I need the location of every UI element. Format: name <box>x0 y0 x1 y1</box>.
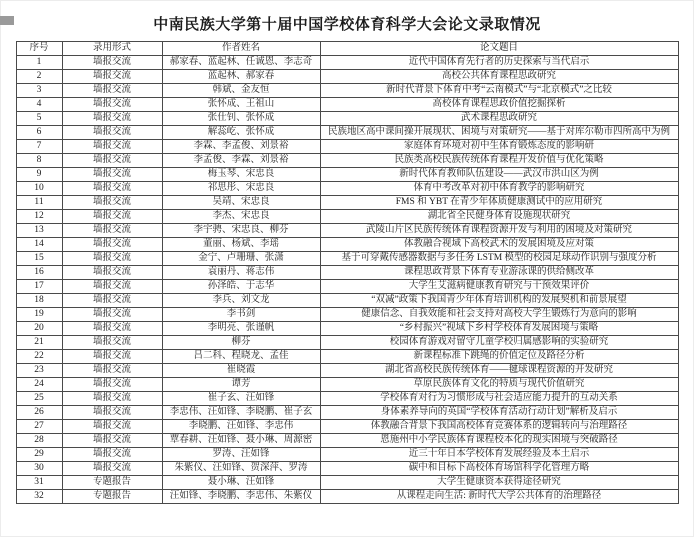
cell-authors: 柳芬 <box>162 336 320 350</box>
cell-title: 武陵山片区民族传统体育课程资源开发与利用的困境及对策研究 <box>320 224 678 238</box>
cell-authors: 袁丽丹、蒋志伟 <box>162 266 320 280</box>
cell-form: 墙报交流 <box>62 196 162 210</box>
cell-form: 专题报告 <box>62 490 162 504</box>
cell-authors: 覃春耕、汪如锋、聂小琳、周源密 <box>162 434 320 448</box>
cell-form: 墙报交流 <box>62 140 162 154</box>
corner-artifact <box>0 16 14 25</box>
cell-title: 新课程标准下跳绳的价值定位及路径分析 <box>320 350 678 364</box>
cell-authors: 金宁、卢珊珊、张潇 <box>162 252 320 266</box>
cell-authors: 梅玉琴、宋忠良 <box>162 168 320 182</box>
cell-form: 墙报交流 <box>62 84 162 98</box>
table-row: 26墙报交流李忠伟、汪如锋、李晓鹏、崔子玄身体素养导向的英国“学校体育活动行动计… <box>16 406 678 420</box>
cell-no: 11 <box>16 196 62 210</box>
cell-form: 墙报交流 <box>62 210 162 224</box>
cell-authors: 聂小琳、汪如锋 <box>162 476 320 490</box>
cell-form: 墙报交流 <box>62 322 162 336</box>
table-header: 序号 录用形式 作者姓名 论文题目 <box>16 42 678 56</box>
cell-no: 3 <box>16 84 62 98</box>
cell-form: 墙报交流 <box>62 420 162 434</box>
cell-authors: 汪如锋、李晓鹏、李忠伟、朱紫仪 <box>162 490 320 504</box>
cell-no: 18 <box>16 294 62 308</box>
cell-title: 高校体育课程思政价值挖掘探析 <box>320 98 678 112</box>
table-row: 25墙报交流崔子玄、汪如锋学校体育对行为习惯形成与社会适应能力提升的互动关系 <box>16 392 678 406</box>
table-row: 15墙报交流金宁、卢珊珊、张潇基于可穿戴传感器数据与多任务 LSTM 模型的校园… <box>16 252 678 266</box>
cell-no: 17 <box>16 280 62 294</box>
cell-no: 15 <box>16 252 62 266</box>
cell-no: 5 <box>16 112 62 126</box>
table-row: 4墙报交流张怀成、王祖山高校体育课程思政价值挖掘探析 <box>16 98 678 112</box>
cell-no: 22 <box>16 350 62 364</box>
cell-form: 墙报交流 <box>62 280 162 294</box>
table-row: 1墙报交流郝家春、蓝起林、任诚恩、李志奇近代中国体育先行者的历史探索与当代启示 <box>16 56 678 70</box>
cell-form: 墙报交流 <box>62 266 162 280</box>
cell-authors: 董丽、杨斌、李瑶 <box>162 238 320 252</box>
table-row: 8墙报交流李孟俊、李霖、刘景裕民族类高校民族传统体育课程开发价值与优化策略 <box>16 154 678 168</box>
cell-title: 民族类高校民族传统体育课程开发价值与优化策略 <box>320 154 678 168</box>
cell-no: 28 <box>16 434 62 448</box>
header-no: 序号 <box>16 42 62 56</box>
cell-form: 墙报交流 <box>62 406 162 420</box>
cell-title: “乡村振兴”视域下乡村学校体育发展困境与策略 <box>320 322 678 336</box>
cell-no: 1 <box>16 56 62 70</box>
cell-title: 家庭体育环境对初中生体育锻炼态度的影响研 <box>320 140 678 154</box>
table-row: 31专题报告聂小琳、汪如锋大学生健康资本获得途径研究 <box>16 476 678 490</box>
table-row: 24墙报交流谭芳草原民族体育文化的特质与现代价值研究 <box>16 378 678 392</box>
header-title: 论文题目 <box>320 42 678 56</box>
cell-no: 12 <box>16 210 62 224</box>
table-row: 18墙报交流李兵、刘文龙“双减”政策下我国青少年体育培训机构的发展契机和前景展望 <box>16 294 678 308</box>
table-row: 13墙报交流李宇骋、宋忠良、柳芬武陵山片区民族传统体育课程资源开发与利用的困境及… <box>16 224 678 238</box>
table-row: 30墙报交流朱紫仪、汪如锋、贺深萍、罗涛碳中和目标下高校体育场馆科学化管理方略 <box>16 462 678 476</box>
cell-form: 墙报交流 <box>62 294 162 308</box>
table-row: 2墙报交流蓝起林、郝家春高校公共体育课程思政研究 <box>16 70 678 84</box>
cell-authors: 吴靖、宋忠良 <box>162 196 320 210</box>
cell-no: 6 <box>16 126 62 140</box>
table-body: 1墙报交流郝家春、蓝起林、任诚恩、李志奇近代中国体育先行者的历史探索与当代启示2… <box>16 56 678 504</box>
cell-no: 9 <box>16 168 62 182</box>
cell-authors: 张仕钊、张怀成 <box>162 112 320 126</box>
table-row: 20墙报交流李明亮、张谨帆“乡村振兴”视域下乡村学校体育发展困境与策略 <box>16 322 678 336</box>
cell-authors: 罗涛、汪如锋 <box>162 448 320 462</box>
cell-form: 墙报交流 <box>62 350 162 364</box>
cell-authors: 祁思彤、宋忠良 <box>162 182 320 196</box>
cell-authors: 李书剑 <box>162 308 320 322</box>
table-row: 23墙报交流崔晓霞湖北省高校民族传统体育——毽球课程资源的开发研究 <box>16 364 678 378</box>
cell-title: 基于可穿戴传感器数据与多任务 LSTM 模型的校园足球动作识别与强度分析 <box>320 252 678 266</box>
cell-no: 14 <box>16 238 62 252</box>
cell-form: 墙报交流 <box>62 448 162 462</box>
cell-title: 从课程走向生活: 新时代大学公共体育的治理路径 <box>320 490 678 504</box>
cell-no: 7 <box>16 140 62 154</box>
header-authors: 作者姓名 <box>162 42 320 56</box>
cell-no: 16 <box>16 266 62 280</box>
cell-authors: 解蕊屹、张怀成 <box>162 126 320 140</box>
cell-authors: 李明亮、张谨帆 <box>162 322 320 336</box>
cell-authors: 蓝起林、郝家春 <box>162 70 320 84</box>
cell-title: 湖北省全民健身体育设施现状研究 <box>320 210 678 224</box>
cell-form: 墙报交流 <box>62 308 162 322</box>
cell-form: 墙报交流 <box>62 168 162 182</box>
cell-authors: 李霖、李孟俊、刘景裕 <box>162 140 320 154</box>
cell-title: 大学生艾滋病健康教育研究与干预效果评价 <box>320 280 678 294</box>
cell-authors: 朱紫仪、汪如锋、贺深萍、罗涛 <box>162 462 320 476</box>
cell-authors: 李晓鹏、汪如锋、李忠伟 <box>162 420 320 434</box>
cell-no: 13 <box>16 224 62 238</box>
cell-authors: 崔子玄、汪如锋 <box>162 392 320 406</box>
cell-no: 26 <box>16 406 62 420</box>
cell-title: 大学生健康资本获得途径研究 <box>320 476 678 490</box>
cell-form: 墙报交流 <box>62 56 162 70</box>
cell-no: 2 <box>16 70 62 84</box>
table-row: 27墙报交流李晓鹏、汪如锋、李忠伟体教融合背景下我国高校体育竞赛体系的逻辑转向与… <box>16 420 678 434</box>
table-row: 7墙报交流李霖、李孟俊、刘景裕家庭体育环境对初中生体育锻炼态度的影响研 <box>16 140 678 154</box>
cell-title: 武术课程思政研究 <box>320 112 678 126</box>
cell-title: 近代中国体育先行者的历史探索与当代启示 <box>320 56 678 70</box>
page: { "page": { "title": "中南民族大学第十届中国学校体育科学大… <box>0 0 694 537</box>
cell-no: 4 <box>16 98 62 112</box>
cell-form: 墙报交流 <box>62 98 162 112</box>
cell-no: 31 <box>16 476 62 490</box>
cell-authors: 吕二科、程晓龙、孟佳 <box>162 350 320 364</box>
table-row: 29墙报交流罗涛、汪如锋近三十年日本学校体育发展经验及本土启示 <box>16 448 678 462</box>
cell-authors: 韩斌、金友恒 <box>162 84 320 98</box>
cell-form: 墙报交流 <box>62 364 162 378</box>
cell-no: 21 <box>16 336 62 350</box>
cell-title: 体育中考改革对初中体育教学的影响研究 <box>320 182 678 196</box>
cell-form: 墙报交流 <box>62 224 162 238</box>
cell-no: 30 <box>16 462 62 476</box>
cell-no: 23 <box>16 364 62 378</box>
cell-authors: 李孟俊、李霖、刘景裕 <box>162 154 320 168</box>
cell-title: 民族地区高中课间操开展现状、困境与对策研究——基于对库尔勒市四所高中为例 <box>320 126 678 140</box>
cell-title: 碳中和目标下高校体育场馆科学化管理方略 <box>320 462 678 476</box>
table-row: 10墙报交流祁思彤、宋忠良体育中考改革对初中体育教学的影响研究 <box>16 182 678 196</box>
cell-authors: 谭芳 <box>162 378 320 392</box>
cell-form: 墙报交流 <box>62 392 162 406</box>
acceptance-table: 序号 录用形式 作者姓名 论文题目 1墙报交流郝家春、蓝起林、任诚恩、李志奇近代… <box>16 41 679 504</box>
cell-form: 墙报交流 <box>62 462 162 476</box>
table-row: 16墙报交流袁丽丹、蒋志伟课程思政背景下体育专业游泳课的供给侧改革 <box>16 266 678 280</box>
table-row: 11墙报交流吴靖、宋忠良FMS 和 YBT 在青少年体质健康测试中的应用研究 <box>16 196 678 210</box>
cell-form: 墙报交流 <box>62 126 162 140</box>
cell-authors: 李杰、宋忠良 <box>162 210 320 224</box>
cell-title: 身体素养导向的英国“学校体育活动行动计划”解析及启示 <box>320 406 678 420</box>
table-row: 28墙报交流覃春耕、汪如锋、聂小琳、周源密恩施州中小学民族体育课程校本化的现实困… <box>16 434 678 448</box>
cell-no: 19 <box>16 308 62 322</box>
cell-authors: 郝家春、蓝起林、任诚恩、李志奇 <box>162 56 320 70</box>
cell-authors: 李兵、刘文龙 <box>162 294 320 308</box>
cell-no: 25 <box>16 392 62 406</box>
cell-title: 健康信念、自我效能和社会支持对高校大学生锻炼行为意向的影响 <box>320 308 678 322</box>
cell-no: 27 <box>16 420 62 434</box>
cell-title: 学校体育对行为习惯形成与社会适应能力提升的互动关系 <box>320 392 678 406</box>
cell-form: 专题报告 <box>62 476 162 490</box>
cell-title: 体教融合背景下我国高校体育竞赛体系的逻辑转向与治理路径 <box>320 420 678 434</box>
table-row: 12墙报交流李杰、宋忠良湖北省全民健身体育设施现状研究 <box>16 210 678 224</box>
cell-no: 10 <box>16 182 62 196</box>
table-row: 22墙报交流吕二科、程晓龙、孟佳新课程标准下跳绳的价值定位及路径分析 <box>16 350 678 364</box>
header-row: 序号 录用形式 作者姓名 论文题目 <box>16 42 678 56</box>
cell-form: 墙报交流 <box>62 154 162 168</box>
page-title: 中南民族大学第十届中国学校体育科学大会论文录取情况 <box>18 13 676 34</box>
cell-no: 20 <box>16 322 62 336</box>
cell-no: 8 <box>16 154 62 168</box>
cell-title: 校园体育游戏对留守儿童学校归属感影响的实验研究 <box>320 336 678 350</box>
table-row: 19墙报交流李书剑健康信念、自我效能和社会支持对高校大学生锻炼行为意向的影响 <box>16 308 678 322</box>
cell-authors: 李宇骋、宋忠良、柳芬 <box>162 224 320 238</box>
cell-form: 墙报交流 <box>62 336 162 350</box>
cell-no: 29 <box>16 448 62 462</box>
cell-authors: 张怀成、王祖山 <box>162 98 320 112</box>
cell-title: 湖北省高校民族传统体育——毽球课程资源的开发研究 <box>320 364 678 378</box>
cell-title: 草原民族体育文化的特质与现代价值研究 <box>320 378 678 392</box>
cell-title: 体教融合视域下高校武术的发展困境及应对策 <box>320 238 678 252</box>
cell-no: 32 <box>16 490 62 504</box>
cell-authors: 孙泽皓、于志华 <box>162 280 320 294</box>
cell-authors: 崔晓霞 <box>162 364 320 378</box>
header-form: 录用形式 <box>62 42 162 56</box>
cell-title: 课程思政背景下体育专业游泳课的供给侧改革 <box>320 266 678 280</box>
table-row: 6墙报交流解蕊屹、张怀成民族地区高中课间操开展现状、困境与对策研究——基于对库尔… <box>16 126 678 140</box>
cell-title: FMS 和 YBT 在青少年体质健康测试中的应用研究 <box>320 196 678 210</box>
cell-form: 墙报交流 <box>62 70 162 84</box>
table-row: 14墙报交流董丽、杨斌、李瑶体教融合视域下高校武术的发展困境及应对策 <box>16 238 678 252</box>
table-row: 3墙报交流韩斌、金友恒新时代背景下体育中考“云南模式”与“北京模式”之比较 <box>16 84 678 98</box>
cell-form: 墙报交流 <box>62 112 162 126</box>
cell-title: 近三十年日本学校体育发展经验及本土启示 <box>320 448 678 462</box>
cell-form: 墙报交流 <box>62 238 162 252</box>
table-row: 9墙报交流梅玉琴、宋忠良新时代体育教师队伍建设——武汉市洪山区为例 <box>16 168 678 182</box>
table-row: 21墙报交流柳芬校园体育游戏对留守儿童学校归属感影响的实验研究 <box>16 336 678 350</box>
cell-authors: 李忠伟、汪如锋、李晓鹏、崔子玄 <box>162 406 320 420</box>
cell-no: 24 <box>16 378 62 392</box>
table-row: 32专题报告汪如锋、李晓鹏、李忠伟、朱紫仪从课程走向生活: 新时代大学公共体育的… <box>16 490 678 504</box>
cell-title: 恩施州中小学民族体育课程校本化的现实困境与突破路径 <box>320 434 678 448</box>
cell-title: 新时代背景下体育中考“云南模式”与“北京模式”之比较 <box>320 84 678 98</box>
cell-title: 高校公共体育课程思政研究 <box>320 70 678 84</box>
cell-form: 墙报交流 <box>62 252 162 266</box>
cell-form: 墙报交流 <box>62 434 162 448</box>
cell-form: 墙报交流 <box>62 182 162 196</box>
table-row: 17墙报交流孙泽皓、于志华大学生艾滋病健康教育研究与干预效果评价 <box>16 280 678 294</box>
cell-form: 墙报交流 <box>62 378 162 392</box>
table-row: 5墙报交流张仕钊、张怀成武术课程思政研究 <box>16 112 678 126</box>
cell-title: “双减”政策下我国青少年体育培训机构的发展契机和前景展望 <box>320 294 678 308</box>
cell-title: 新时代体育教师队伍建设——武汉市洪山区为例 <box>320 168 678 182</box>
